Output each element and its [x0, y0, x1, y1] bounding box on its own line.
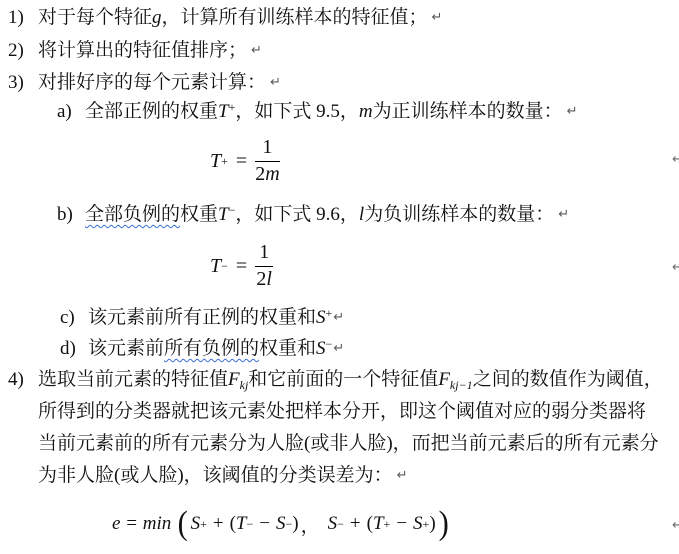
document-page: 1) 对于每个特征g，计算所有训练样本的特征值； ↵ 2) 将计算出的特征值排序… [0, 0, 679, 554]
return-mark-icon: ↵ [672, 152, 679, 167]
item-text: 对于每个特征g，计算所有训练样本的特征值； [38, 6, 428, 30]
item-text: 对排好序的每个元素计算： [38, 71, 266, 95]
eq1-lhs: T [210, 150, 221, 173]
list-item-b: b) 全部负例的权重T−，如下式 9.6，l为负训练样本的数量： ↵ [57, 203, 569, 227]
big-open-paren: ( [178, 507, 188, 541]
return-mark-icon: ↵ [672, 518, 679, 533]
equals-sign: = [236, 255, 247, 278]
math-var-Fkj-1: F [438, 369, 450, 390]
full-width-comma: ， [301, 511, 320, 538]
list-item-2: 2) 将计算出的特征值排序； ↵ [8, 39, 262, 63]
item-text: 为非人脸(或人脸)，该阈值的分类误差为： [38, 464, 393, 488]
list-item-d: d) 该元素前所有负例的权重和S− ↵ [60, 337, 344, 361]
return-mark-icon: ↵ [672, 260, 679, 275]
item-text: 全部负例的权重T−，如下式 9.6，l为负训练样本的数量： [85, 203, 554, 227]
list-item-4-line2: 所得到的分类器就把该元素处把样本分开，即这个阈值对应的弱分类器将 [38, 400, 646, 424]
math-var-T-minus: T [218, 204, 229, 225]
spellcheck-wavy-text: 全部负例的 [85, 204, 180, 225]
item-text: 当前元素前的所有元素分为人脸(或非人脸)，而把当前元素后的所有元素分 [38, 432, 659, 456]
list-item-4-line1: 4) 选取当前元素的特征值Fkj和它前面的一个特征值Fkj−1之间的数值作为阈值… [8, 368, 663, 392]
fraction-denominator: 2m [255, 162, 279, 186]
math-var-g: g [152, 7, 162, 28]
equation-error: e = min ( S+ + ( T− − S− ) ， S− + ( T+ −… [112, 507, 451, 541]
equation-9-5: T+ = 1 2m [210, 136, 280, 186]
return-mark-icon: ↵ [333, 306, 344, 330]
fraction-denominator: 2l [255, 267, 273, 291]
fraction-numerator: 1 [255, 136, 279, 162]
equation-9-6: T− = 1 2l [210, 241, 273, 291]
big-close-paren: ) [438, 507, 448, 541]
item-number: 4) [8, 368, 38, 392]
item-text: 选取当前元素的特征值Fkj和它前面的一个特征值Fkj−1之间的数值作为阈值， [38, 368, 663, 392]
item-text: 该元素前所有正例的权重和S+ [88, 306, 332, 330]
spellcheck-wavy-text: 所有负例的 [164, 338, 259, 359]
math-var-m: m [359, 101, 373, 122]
item-number: 1) [8, 6, 38, 30]
item-number: 3) [8, 71, 38, 95]
list-item-a: a) 全部正例的权重T+，如下式 9.5，m为正训练样本的数量： ↵ [57, 100, 578, 124]
return-mark-icon: ↵ [558, 203, 569, 227]
list-item-1: 1) 对于每个特征g，计算所有训练样本的特征值； ↵ [8, 6, 442, 30]
item-text: 该元素前所有负例的权重和S− [88, 337, 332, 361]
fraction-numerator: 1 [255, 241, 273, 267]
return-mark-icon: ↵ [432, 6, 443, 30]
list-item-3: 3) 对排好序的每个元素计算： ↵ [8, 71, 281, 95]
item-number: b) [57, 203, 85, 227]
item-number: 2) [8, 39, 38, 63]
eq3-lead: e = min [112, 513, 171, 535]
math-var-S-plus: S [316, 307, 326, 328]
item-number: d) [60, 337, 88, 361]
math-var-T-plus: T [218, 101, 229, 122]
list-item-c: c) 该元素前所有正例的权重和S+ ↵ [60, 306, 344, 330]
return-mark-icon: ↵ [567, 100, 578, 124]
item-text: 所得到的分类器就把该元素处把样本分开，即这个阈值对应的弱分类器将 [38, 400, 646, 424]
return-mark-icon: ↵ [270, 71, 281, 95]
item-number: c) [60, 306, 88, 330]
list-item-4-line4: 为非人脸(或人脸)，该阈值的分类误差为： ↵ [38, 464, 408, 488]
math-var-Fkj: F [228, 369, 240, 390]
eq2-lhs: T [210, 255, 221, 278]
equals-sign: = [236, 150, 247, 173]
return-mark-icon: ↵ [333, 337, 344, 361]
fraction: 1 2l [255, 241, 273, 291]
return-mark-icon: ↵ [251, 39, 262, 63]
list-item-4-line3: 当前元素前的所有元素分为人脸(或非人脸)，而把当前元素后的所有元素分 [38, 432, 659, 456]
item-text: 将计算出的特征值排序； [38, 39, 247, 63]
math-var-S-minus: S [316, 338, 326, 359]
item-number: a) [57, 100, 85, 124]
item-text: 全部正例的权重T+，如下式 9.5，m为正训练样本的数量： [85, 100, 563, 124]
return-mark-icon: ↵ [397, 464, 408, 488]
fraction: 1 2m [255, 136, 279, 186]
